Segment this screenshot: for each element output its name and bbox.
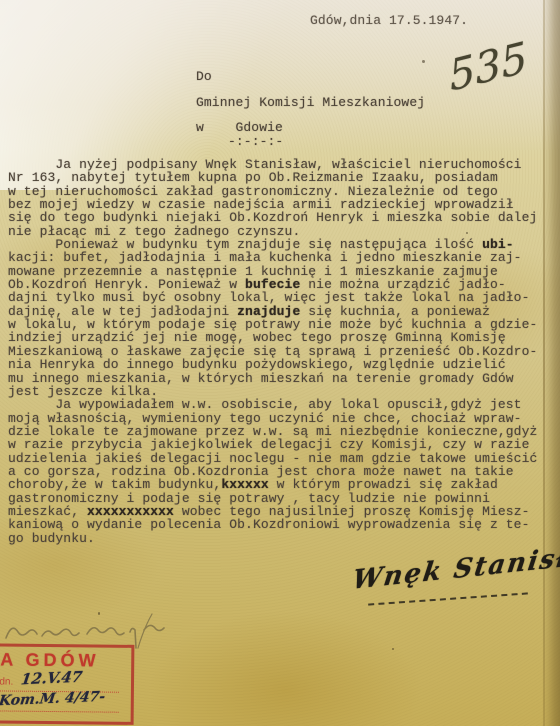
text-line: Mieszkaniową o łaskawe zajęcie się tą sp… — [8, 345, 556, 358]
text-line: dajnię, ale w tej jadłodajni znajduje si… — [8, 305, 556, 318]
text-line: gastronomiczny i podaje się potrawy , ta… — [8, 492, 556, 505]
signature-underline — [368, 592, 528, 605]
text-line: dajni tylko musi być osobny lokal, więc … — [8, 291, 556, 304]
text-line: nia Henryka do innego budynku pożydowski… — [8, 358, 556, 371]
recipient-place: w Gdowie — [196, 121, 283, 134]
text-line: a co gorsza, rodzina Ob.Kozdronia jest c… — [8, 465, 556, 478]
ink-speck — [98, 612, 100, 615]
signature-handwritten: Wnęk Stanisław — [351, 538, 560, 596]
text-line: Ja wypowiadałem w.w. osobiscie, aby loka… — [8, 398, 556, 411]
text-line: indziej urządzić jej nie mogę, wobec teg… — [8, 331, 556, 344]
text-line: go budynku. — [8, 532, 556, 545]
text-line: mieszkać, xxxxxxxxxxx wobec tego najusil… — [8, 505, 556, 518]
text-line: Ob.Kozdroń Henryk. Ponieważ w bufecie ni… — [8, 278, 556, 291]
text-line: mu innego mieszkania, w których mieszkań… — [8, 372, 556, 385]
letter-body: Ja nyżej podpisany Wnęk Stanisław, właśc… — [8, 158, 556, 545]
ink-speck — [392, 648, 394, 650]
stamp-received-label: o dn. — [0, 676, 13, 687]
text-line: kacji: bufet, jadłodajnia i mała kuchenk… — [8, 251, 556, 264]
text-line: dzie lokale te zajmowane przez w.w. są m… — [8, 425, 556, 438]
text-line: bez mojej wiedzy w czasie nadejścia armi… — [8, 198, 556, 211]
text-line: choroby,że w takim budynku,kxxxxx w któr… — [8, 478, 556, 491]
folio-number-handwritten: 535 — [447, 32, 530, 101]
text-line: Ponieważ w budynku tym znajduje się nast… — [8, 238, 556, 251]
recipient-divider: -:-:-:- — [228, 135, 283, 148]
text-line: w razie przybycia jakiejkolwiek delegacj… — [8, 438, 556, 451]
text-line: udzielenia jakieś delegacji noclegu - ni… — [8, 452, 556, 465]
text-line: w tej nieruchomości zakład gastronomiczn… — [8, 185, 556, 198]
text-line: kaniową o wydanie polecenia Ob.Kozdronio… — [8, 518, 556, 531]
recipient-to-label: Do — [196, 70, 212, 83]
ink-speck — [422, 60, 425, 63]
scanned-letter-page: { "document": { "date_line": "Gdów,dnia … — [0, 0, 560, 726]
text-line: mowane przezemnie a następnie 1 kuchnię … — [8, 265, 556, 278]
text-line: w lokalu, w którym podaje się potrawy ni… — [8, 318, 556, 331]
text-line: jest jeszcze kilka. — [8, 385, 556, 398]
text-line: się do tego budynki niejaki Ob.Kozdroń H… — [8, 211, 556, 224]
stamp-dotted-line — [0, 710, 119, 712]
text-line: moją własnością, wymieniony tego uczynić… — [8, 412, 556, 425]
text-line: Nr 163, nabytej tytułem kupna po Ob.Reiz… — [8, 171, 556, 184]
stamp-case-number-handwritten: Kom.M. 4/47- — [0, 689, 106, 710]
stamp-received-date-handwritten: 12.V.47 — [20, 668, 84, 689]
recipient-name: Gminnej Komisji Mieszkaniowej — [196, 96, 425, 109]
text-line: Ja nyżej podpisany Wnęk Stanisław, właśc… — [8, 158, 556, 171]
receipt-stamp: INA GDÓW o dn. 12.V.47 Kom.M. 4/47- — [0, 643, 134, 725]
ink-speck — [466, 232, 468, 234]
date-line: Gdów,dnia 17.5.1947. — [310, 14, 468, 27]
text-line: nie płacąc mi z tego żadnego czynszu. — [8, 225, 556, 238]
